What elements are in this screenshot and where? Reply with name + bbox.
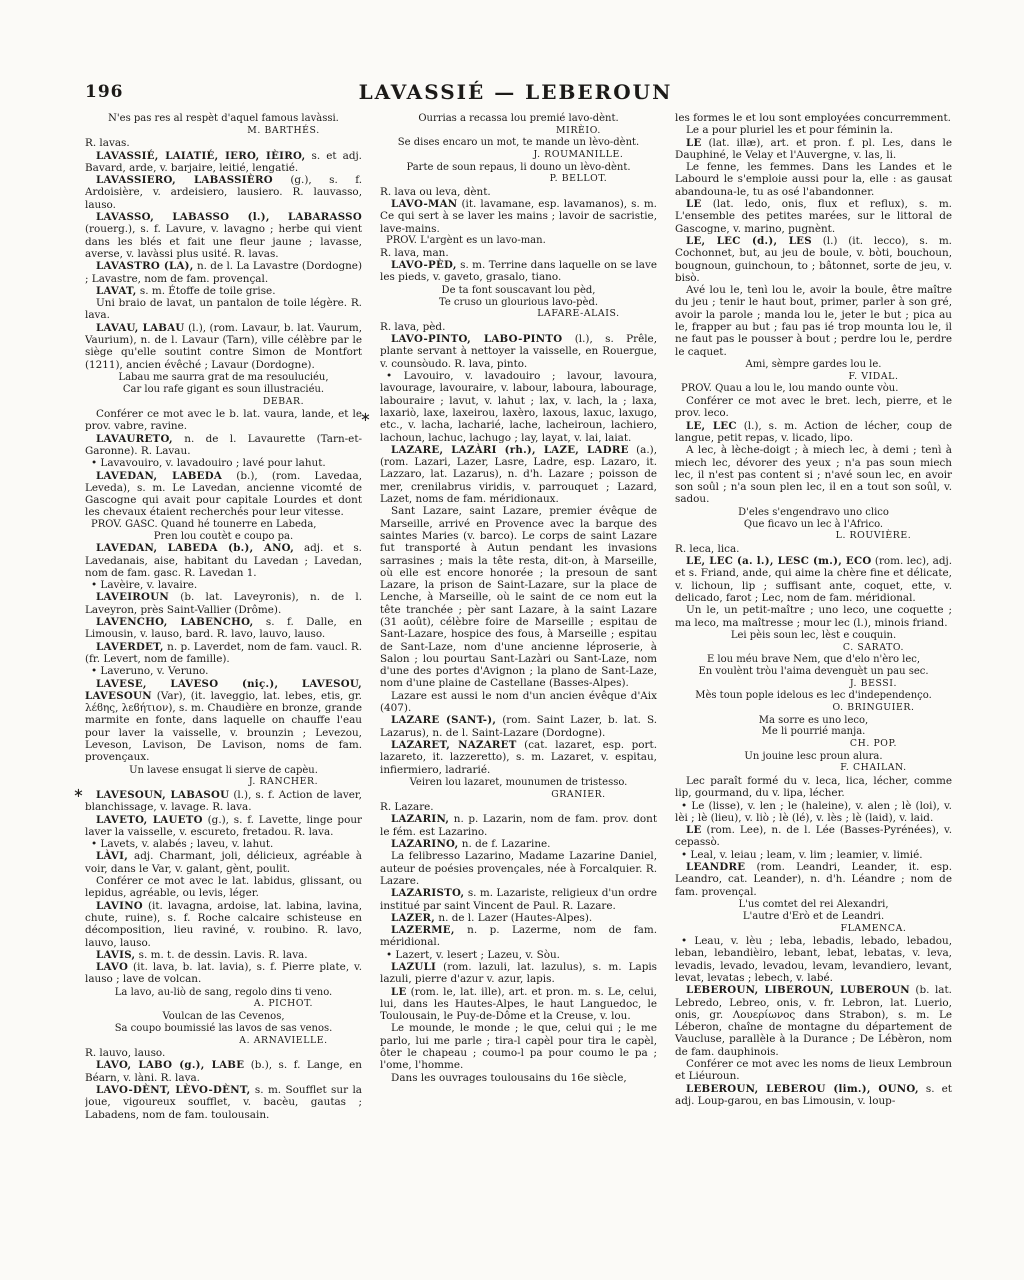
cross-reference-item: • Lavets, v. alabés ; laveu, v. lahut. <box>85 838 362 850</box>
entry-headword: LAVASTRO (LA), <box>96 260 194 272</box>
verse-quotation: La lavo, au-liò de sang, regolo dins ti … <box>85 987 362 1010</box>
dictionary-entry: LE, LEC (l.), s. m. Action de lécher, co… <box>675 420 952 445</box>
entry-headword: LAVO-PÈD, <box>391 259 457 271</box>
dictionary-entry: LAZERME, n. p. Lazerme, nom de fam. méri… <box>380 924 657 949</box>
dictionary-entry: LAVASSIÉ, LAIATIÉ, IERO, IÈIRO, s. et ad… <box>85 150 362 175</box>
entry-headword: LAZULI <box>391 961 436 973</box>
entry-headword: LAVASSO, LABASSO (l.), LABARASSO <box>96 211 362 223</box>
quote-line: Se dises encaro un mot, te mande un lèvo… <box>380 137 657 149</box>
entry-headword: LAVASSIERO, LABASSIÈRO <box>96 174 273 186</box>
entry-headword: LAZARIN, <box>391 813 449 825</box>
quote-line: Te cruso un glourious lavo-pèd. <box>380 297 657 309</box>
paragraph: Le mounde, le monde ; le que, celui qui … <box>380 1022 657 1071</box>
proverb: PROV. L'argènt es un lavo-man. <box>380 235 657 247</box>
quote-line: Sa coupo boumissié las lavos de sas veno… <box>85 1023 362 1035</box>
paragraph: les formes le et lou sont employées conc… <box>675 112 952 124</box>
quote-line: De ta font souscavant lou pèd, <box>380 285 657 297</box>
paragraph: R. leca, lica. <box>675 543 952 555</box>
author-attribution: DEBAR. <box>85 396 362 408</box>
cross-reference-item: • Leau, v. lèu ; leba, lebadis, lebado, … <box>675 935 952 984</box>
entry-headword: LAZARE, LAZÀRI (rh.), LAZE, LADRE <box>391 444 629 456</box>
entry-headword: LE, LEC (d.), LES <box>686 235 812 247</box>
quote-line: Mès toun pople idelous es lec d'independ… <box>675 690 952 702</box>
entry-headword: LAVEIROUN <box>96 591 169 603</box>
verse-quotation: Un lavese ensugat li sierve de capèu.J. … <box>85 765 362 788</box>
dictionary-entry: LAZER, n. de l. Lazer (Hautes-Alpes). <box>380 912 657 924</box>
entry-headword: LE <box>686 824 702 836</box>
verse-quotation: Un jouine lesc proun alura.F. CHAILAN. <box>675 751 952 774</box>
dictionary-entry: LAZULI (rom. lazuli, lat. lazulus), s. m… <box>380 961 657 986</box>
paragraph: Le a pour pluriel les et pour féminin la… <box>675 124 952 136</box>
quote-line: D'eles s'engendravo uno clico <box>675 507 952 519</box>
column-1: N'es pas res al respèt d'aquel famous la… <box>85 112 362 1196</box>
entry-headword: LAVIS, <box>96 949 135 961</box>
entry-headword: LAZARINO, <box>391 838 458 850</box>
verse-quotation: Veiren lou lazaret, mounumen de tristess… <box>380 777 657 800</box>
dictionary-entry: LAZARIN, n. p. Lazarin, nom de fam. prov… <box>380 813 657 838</box>
entry-headword: LAVAURETO, <box>96 433 173 445</box>
dictionary-entry: LAVO-MAN (it. lavamane, esp. lavamanos),… <box>380 198 657 235</box>
entry-headword: LAVINO <box>96 900 143 912</box>
author-attribution: J. ROUMANILLE. <box>380 149 657 161</box>
dictionary-entry: LAVENCHO, LABENCHO, s. f. Dalle, en Limo… <box>85 616 362 641</box>
dictionary-entry: LE (lat. illæ), art. et pron. f. pl. Les… <box>675 137 952 162</box>
entry-headword: LAZERME, <box>391 924 455 936</box>
paragraph: Dans les ouvrages toulousains du 16e siè… <box>380 1072 657 1084</box>
paragraph: R. lava ou leva, dènt. <box>380 186 657 198</box>
quote-line: Veiren lou lazaret, mounumen de tristess… <box>380 777 657 789</box>
author-attribution: C. SARATO. <box>675 642 952 654</box>
quote-line: Ami, sèmpre gardes lou le. <box>675 359 952 371</box>
cross-reference-item: • Lavouiro, v. lavadouiro ; lavour, lavo… <box>380 370 657 444</box>
entry-headword: LAVAU, LABAU <box>96 322 185 334</box>
quote-line: L'us comtet del rei Alexandri, <box>675 899 952 911</box>
entry-headword: LAZARISTO, <box>391 887 464 899</box>
verse-quotation: Mès toun pople idelous es lec d'independ… <box>675 690 952 713</box>
dictionary-entry: LAVASSO, LABASSO (l.), LABARASSO (rouerg… <box>85 211 362 260</box>
author-attribution: J. BESSI. <box>675 678 952 690</box>
quote-line: Lei pèis soun lec, lèst e couquin. <box>675 630 952 642</box>
dictionary-entry: LAVIS, s. m. t. de dessin. Lavis. R. lav… <box>85 949 362 961</box>
dictionary-entry: LAVAT, s. m. Étoffe de toile grise. <box>85 285 362 297</box>
dictionary-entry: LAZARE (SANT-), (rom. Saint Lazer, b. la… <box>380 714 657 739</box>
verse-quotation: Labau me saurra grat de ma resouluciéu,C… <box>85 372 362 407</box>
paragraph: A lec, à lèche-doigt ; à miech lec, à de… <box>675 444 952 505</box>
paragraph: Conférer ce mot avec les noms de lieux L… <box>675 1058 952 1083</box>
author-attribution: L. ROUVIÈRE. <box>675 530 952 542</box>
verse-quotation: Lei pèis soun lec, lèst e couquin.C. SAR… <box>675 630 952 653</box>
dictionary-entry: LAVESOUN, LABASOU (l.), s. f. Action de … <box>85 789 362 814</box>
dictionary-entry: LÀVI, adj. Charmant, joli, délicieux, ag… <box>85 850 362 875</box>
entry-headword: LAZARE (SANT-), <box>391 714 496 726</box>
quote-line: Ourrias a recassa lou premié lavo-dènt. <box>380 113 657 125</box>
entry-headword: LAVO-DÈNT, LÈVO-DÈNT, <box>96 1084 250 1096</box>
dictionary-entry: LAVO, LABO (g.), LABE (b.), s. f. Lange,… <box>85 1059 362 1084</box>
entry-headword: LAVEDAN, LABEDA <box>96 470 222 482</box>
dictionary-entry: LAVERDET, n. p. Laverdet, nom de fam. va… <box>85 641 362 666</box>
entry-headword: LAVEDAN, LABEDA (b.), ANO, <box>96 542 294 554</box>
cross-reference-item: • Leal, v. leiau ; leam, v. lim ; leamie… <box>675 849 952 861</box>
entry-headword: LE <box>686 137 702 149</box>
paragraph: Sant Lazare, saint Lazare, premier évêqu… <box>380 505 657 689</box>
quote-line: Un jouine lesc proun alura. <box>675 751 952 763</box>
author-attribution: CH. POP. <box>675 738 952 750</box>
quote-line: L'autre d'Erò et de Leandri. <box>675 911 952 923</box>
dictionary-entry: LAZARISTO, s. m. Lazariste, religieux d'… <box>380 887 657 912</box>
verse-quotation: Ma sorre es uno leco,Me li pourrié manja… <box>675 715 952 750</box>
margin-asterisk-mark: ∗ <box>360 410 371 425</box>
dictionary-entry: LAVO-PÈD, s. m. Terrine dans laquelle on… <box>380 259 657 284</box>
entry-headword: LEANDRE <box>686 861 745 873</box>
paragraph: Conférer ce mot avec le lat. labidus, gl… <box>85 875 362 900</box>
author-attribution: O. BRINGUIER. <box>675 702 952 714</box>
cross-reference-item: • Lazert, v. lesert ; Lazeu, v. Sòu. <box>380 949 657 961</box>
entry-headword: LE <box>391 986 407 998</box>
dictionary-entry: LAVEIROUN (b. lat. Laveyronis), n. de l.… <box>85 591 362 616</box>
quote-line: E lou méu brave Nem, que d'elo n'èro lec… <box>675 654 952 666</box>
dictionary-entry: LAVESE, LAVESO (niç.), LAVESOU, LAVESOUN… <box>85 678 362 764</box>
dictionary-entry: LAVETO, LAUETO (g.), s. f. Lavette, ling… <box>85 814 362 839</box>
dictionary-entry: LAVAURETO, n. de l. Lavaurette (Tarn-et-… <box>85 433 362 458</box>
quote-line: La lavo, au-liò de sang, regolo dins ti … <box>85 987 362 999</box>
dictionary-entry: LAVEDAN, LABEDA (b.), (rom. Lavedaa, Lev… <box>85 470 362 519</box>
cross-reference-item: • Lavavouiro, v. lavadouiro ; lavé pour … <box>85 457 362 469</box>
dictionary-entry: LAVEDAN, LABEDA (b.), ANO, adj. et s. La… <box>85 542 362 579</box>
column-2: Ourrias a recassa lou premié lavo-dènt.M… <box>380 112 657 1196</box>
entry-headword: LAVETO, LAUETO <box>96 814 203 826</box>
dictionary-entry: LAVO (it. lava, b. lat. lavia), s. f. Pi… <box>85 961 362 986</box>
paragraph: Conférer ce mot avec le b. lat. vaura, l… <box>85 408 362 433</box>
dictionary-entry: LE (lat. ledo, onis, flux et reflux), s.… <box>675 198 952 235</box>
verse-quotation: L'us comtet del rei Alexandri,L'autre d'… <box>675 899 952 934</box>
margin-asterisk-mark: ∗ <box>73 786 84 801</box>
quote-line: Ma sorre es uno leco, <box>675 715 952 727</box>
text-columns: N'es pas res al respèt d'aquel famous la… <box>85 112 952 1196</box>
dictionary-entry: LAZARE, LAZÀRI (rh.), LAZE, LADRE (a.), … <box>380 444 657 505</box>
paragraph: R. lauvo, lauso. <box>85 1047 362 1059</box>
author-attribution: MIRÈIO. <box>380 125 657 137</box>
paragraph: R. lava, pèd. <box>380 321 657 333</box>
dictionary-entry: LAVASTRO (LA), n. de l. La Lavastre (Dor… <box>85 260 362 285</box>
cross-reference-item: • Le (lisse), v. len ; le (haleine), v. … <box>675 800 952 825</box>
entry-headword: LAVAT, <box>96 285 137 297</box>
entry-headword: LE, LEC <box>686 420 737 432</box>
page-header: 196 LAVASSIÉ — LEBEROUN <box>85 82 946 108</box>
paragraph: Le fenne, les femmes. Dans les Landes et… <box>675 161 952 198</box>
author-attribution: M. BARTHÉS. <box>85 125 362 137</box>
verse-quotation: E lou méu brave Nem, que d'elo n'èro lec… <box>675 654 952 689</box>
quote-line: Voulcan de las Cevenos, <box>85 1011 362 1023</box>
dictionary-entry: LAVINO (it. lavagna, ardoise, lat. labin… <box>85 900 362 949</box>
dictionary-entry: LE (rom. le, lat. ille), art. et pron. m… <box>380 986 657 1023</box>
verse-quotation: Se dises encaro un mot, te mande un lèvo… <box>380 137 657 160</box>
author-attribution: GRANIER. <box>380 789 657 801</box>
verse-quotation: Ami, sèmpre gardes lou le.F. VIDAL. <box>675 359 952 382</box>
entry-headword: LAVESE, LAVESO (niç.), LAVESOU, LAVESOUN <box>85 678 362 702</box>
quote-line: Car lou rafe gigant es soun illustraciéu… <box>85 384 362 396</box>
entry-headword: LAZER, <box>391 912 435 924</box>
entry-headword: LÀVI, <box>96 850 128 862</box>
verse-quotation: D'eles s'engendravo uno clicoQue ficavo … <box>675 507 952 542</box>
dictionary-entry: LAVO-PINTO, LABO-PINTO (l.), s. Prêle, p… <box>380 333 657 370</box>
quote-line: Labau me saurra grat de ma resouluciéu, <box>85 372 362 384</box>
quote-line: PROV. GASC. Quand hé tounerre en Labeda, <box>85 519 362 531</box>
entry-headword: LE <box>686 198 702 210</box>
dictionary-entry: LAVO-DÈNT, LÈVO-DÈNT, s. m. Soufflet sur… <box>85 1084 362 1121</box>
quote-line: PROV. L'argènt es un lavo-man. <box>380 235 657 247</box>
verse-quotation: Voulcan de las Cevenos,Sa coupo boumissi… <box>85 1011 362 1046</box>
entry-headword: LE, LEC (a. l.), LESC (m.), ECO <box>686 555 872 567</box>
entry-headword: LAVASSIÉ, LAIATIÉ, IERO, IÈIRO, <box>96 150 305 162</box>
paragraph: R. Lazare. <box>380 801 657 813</box>
entry-headword: LAVO <box>96 961 128 973</box>
paragraph: La felibresso Lazarino, Madame Lazarine … <box>380 850 657 887</box>
paragraph: Avé lou le, tenì lou le, avoir la boule,… <box>675 284 952 358</box>
scanned-dictionary-page: 196 LAVASSIÉ — LEBEROUN N'es pas res al … <box>0 0 1024 1280</box>
quote-line: Pren lou coutèt e coupo pa. <box>85 531 362 543</box>
dictionary-entry: LE (rom. Lee), n. de l. Lée (Basses-Pyré… <box>675 824 952 849</box>
dictionary-entry: LE, LEC (d.), LES (l.) (it. lecco), s. m… <box>675 235 952 284</box>
author-attribution: LAFARE-ALAIS. <box>380 308 657 320</box>
paragraph: Un le, un petit-maître ; uno leco, une c… <box>675 604 952 629</box>
verse-quotation: De ta font souscavant lou pèd,Te cruso u… <box>380 285 657 320</box>
quote-line: N'es pas res al respèt d'aquel famous la… <box>85 113 362 125</box>
running-head-title: LAVASSIÉ — LEBEROUN <box>85 80 946 104</box>
paragraph: Lazare est aussi le nom d'un ancien évêq… <box>380 690 657 715</box>
paragraph: Uni braio de lavat, un pantalon de toile… <box>85 297 362 322</box>
verse-quotation: N'es pas res al respèt d'aquel famous la… <box>85 113 362 136</box>
entry-headword: LAZARET, NAZARET <box>391 739 517 751</box>
author-attribution: P. BELLOT. <box>380 173 657 185</box>
entry-headword: LAVO-MAN <box>391 198 457 210</box>
entry-headword: LAVO-PINTO, LABO-PINTO <box>391 333 562 345</box>
dictionary-entry: LAVASSIERO, LABASSIÈRO (g.), s. f. Ardoi… <box>85 174 362 211</box>
proverb: PROV. GASC. Quand hé tounerre en Labeda,… <box>85 519 362 543</box>
entry-headword: LAVESOUN, LABASOU <box>96 789 229 801</box>
entry-headword: LAVENCHO, LABENCHO, <box>96 616 254 628</box>
paragraph: R. lava, man. <box>380 247 657 259</box>
cross-reference-item: • Lavèire, v. lavaire. <box>85 579 362 591</box>
dictionary-entry: LEANDRE (rom. Leandri, Leander, it. esp.… <box>675 861 952 898</box>
author-attribution: A. ARNAVIELLE. <box>85 1035 362 1047</box>
proverb: PROV. Quau a lou le, lou mando ounte vòu… <box>675 383 952 395</box>
paragraph: Conférer ce mot avec le bret. lech, pier… <box>675 395 952 420</box>
dictionary-entry: LAZARINO, n. de f. Lazarine. <box>380 838 657 850</box>
quote-line: Parte de soun repaus, li douno un lèvo-d… <box>380 162 657 174</box>
column-3: les formes le et lou sont employées conc… <box>675 112 952 1196</box>
quote-line: PROV. Quau a lou le, lou mando ounte vòu… <box>675 383 952 395</box>
dictionary-entry: LE, LEC (a. l.), LESC (m.), ECO (rom. le… <box>675 555 952 604</box>
entry-headword: LEBEROUN, LEBEROU (lim.), OUNO, <box>686 1083 919 1095</box>
cross-reference-item: • Laveruno, v. Veruno. <box>85 665 362 677</box>
author-attribution: J. RANCHER. <box>85 776 362 788</box>
dictionary-entry: LAZARET, NAZARET (cat. lazaret, esp. por… <box>380 739 657 776</box>
author-attribution: A. PICHOT. <box>85 998 362 1010</box>
dictionary-entry: LEBEROUN, LIBEROUN, LUBEROUN (b. lat. Le… <box>675 984 952 1058</box>
verse-quotation: Ourrias a recassa lou premié lavo-dènt.M… <box>380 113 657 136</box>
entry-headword: LAVERDET, <box>96 641 164 653</box>
quote-line: Me li pourrié manja. <box>675 726 952 738</box>
author-attribution: F. VIDAL. <box>675 371 952 383</box>
author-attribution: F. CHAILAN. <box>675 762 952 774</box>
dictionary-entry: LAVAU, LABAU (l.), (rom. Lavaur, b. lat.… <box>85 322 362 371</box>
entry-headword: LAVO, LABO (g.), LABE <box>96 1059 244 1071</box>
verse-quotation: Parte de soun repaus, li douno un lèvo-d… <box>380 162 657 185</box>
entry-headword: LEBEROUN, LIBEROUN, LUBEROUN <box>686 984 910 996</box>
quote-line: En voulènt tròu l'aima devenguèt un pau … <box>675 666 952 678</box>
dictionary-entry: LEBEROUN, LEBEROU (lim.), OUNO, s. et ad… <box>675 1083 952 1108</box>
quote-line: Un lavese ensugat li sierve de capèu. <box>85 765 362 777</box>
author-attribution: FLAMENCA. <box>675 923 952 935</box>
quote-line: Que ficavo un lec à l'Africo. <box>675 519 952 531</box>
paragraph: R. lavas. <box>85 137 362 149</box>
paragraph: Lec paraît formé du v. leca, lica, léche… <box>675 775 952 800</box>
